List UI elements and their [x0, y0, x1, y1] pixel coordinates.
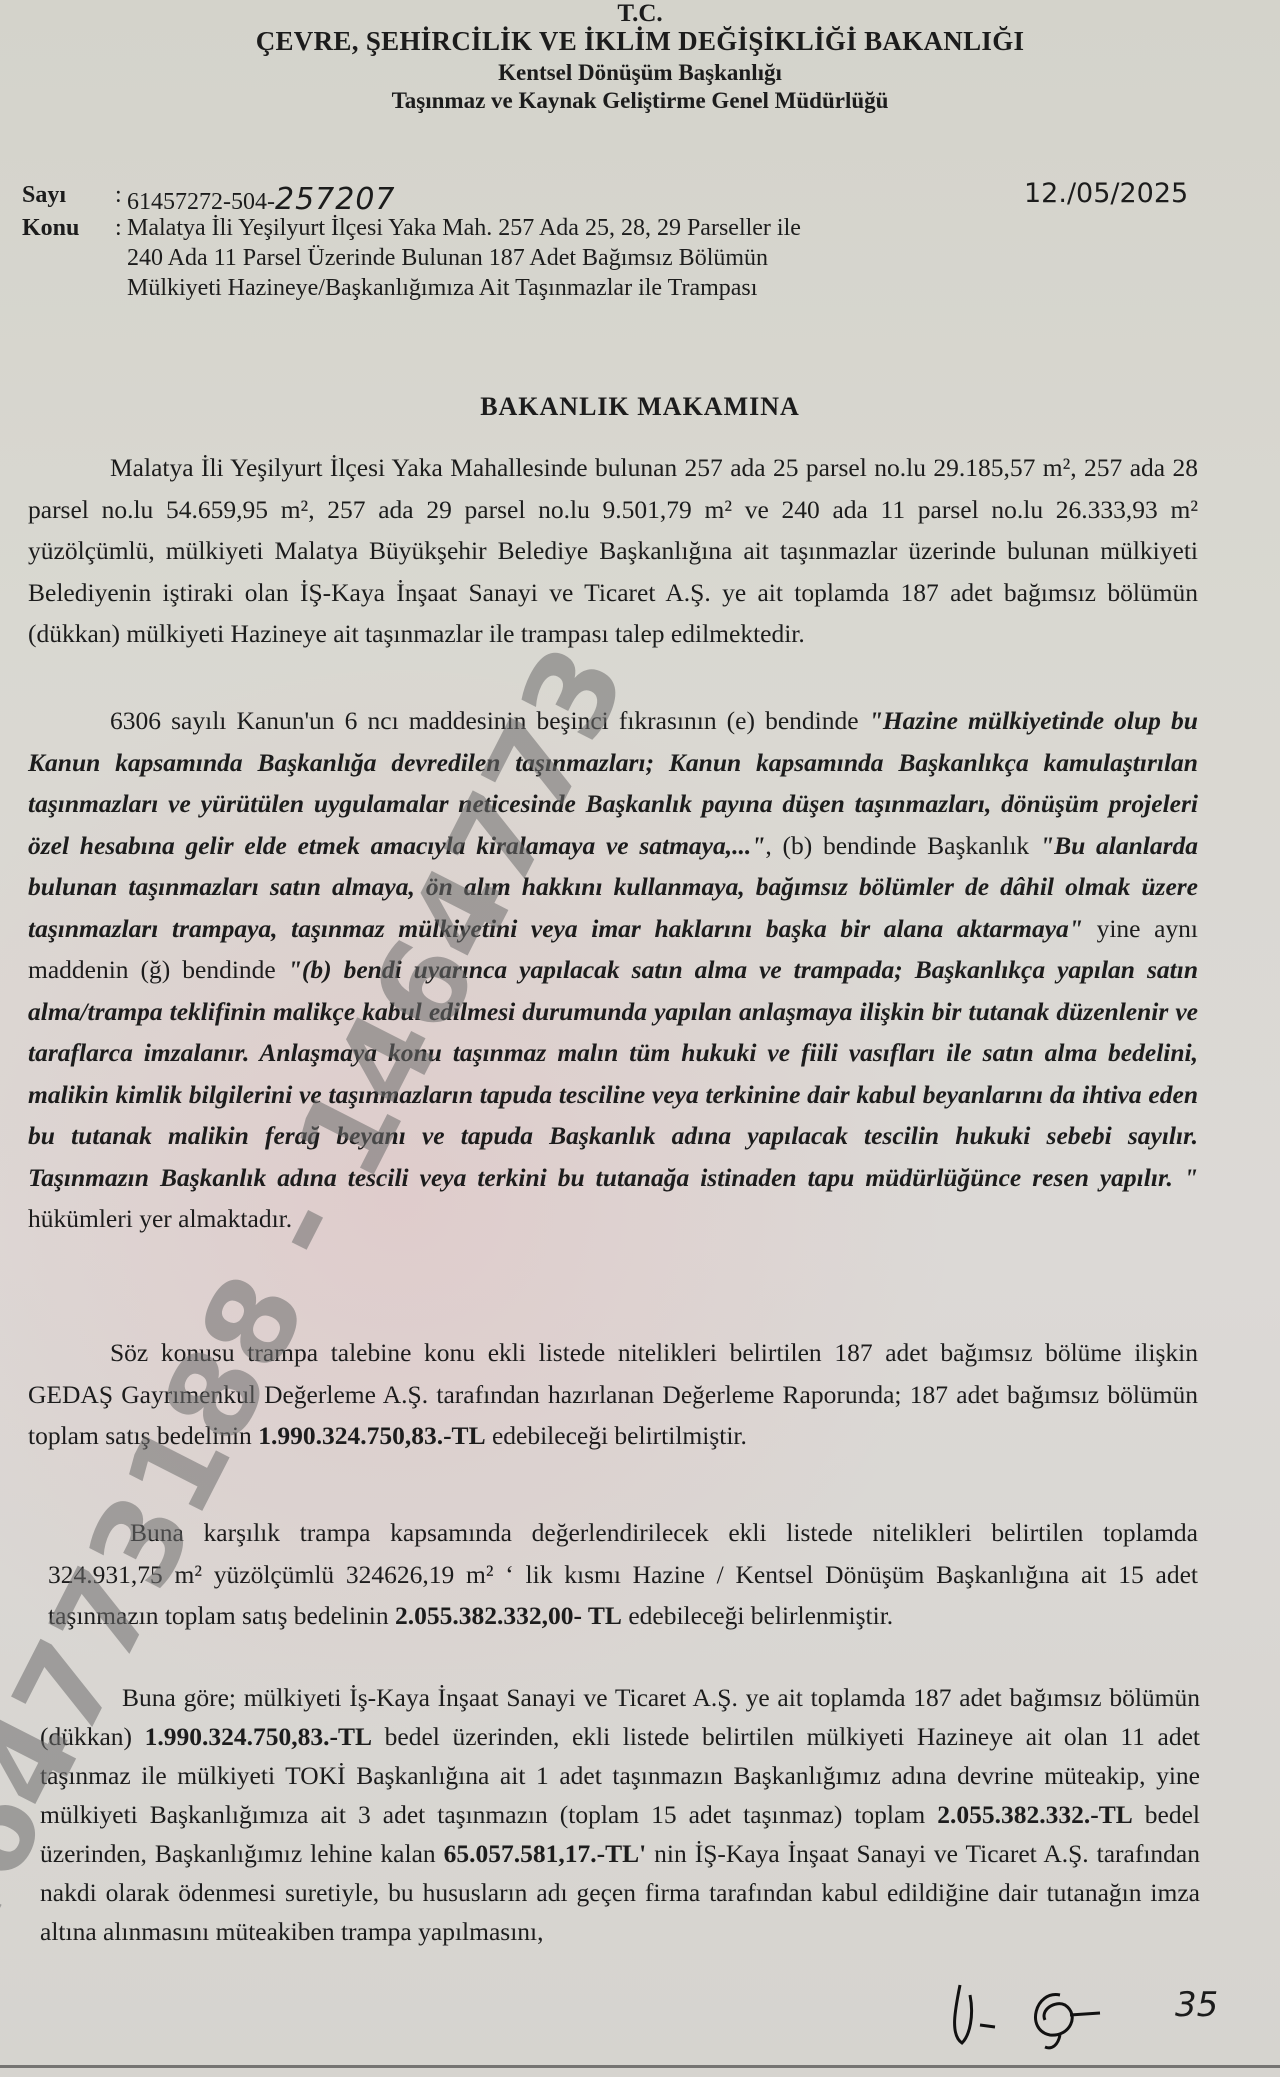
text: edebileceği belirtilmiştir.: [486, 1421, 747, 1450]
page-edge: [0, 2065, 1280, 2068]
text: hükümleri yer almaktadır.: [28, 1204, 292, 1233]
sayi-handwritten: 257207: [275, 182, 396, 217]
konu-line-2: 240 Ada 11 Parsel Üzerinde Bulunan 187 A…: [127, 245, 768, 272]
amount-exchange: 2.055.382.332,00- TL: [395, 1601, 622, 1630]
paragraph-1: Malatya İli Yeşilyurt İlçesi Yaka Mahall…: [28, 447, 1198, 655]
konu-label: Konu: [22, 215, 79, 242]
konu-line-3: Mülkiyeti Hazineye/Başkanlığımıza Ait Ta…: [127, 275, 757, 302]
addressee-heading: BAKANLIK MAKAMINA: [0, 392, 1280, 422]
konu-line-1: Malatya İli Yeşilyurt İlçesi Yaka Mah. 2…: [127, 215, 801, 242]
paragraph-2: 6306 sayılı Kanun'un 6 ncı maddesinin be…: [28, 700, 1198, 1240]
header-presidency: Kentsel Dönüşüm Başkanlığı: [0, 60, 1280, 86]
paragraph-5: Buna göre; mülkiyeti İş-Kaya İnşaat Sana…: [40, 1678, 1200, 1951]
header-ministry: ÇEVRE, ŞEHİRCİLİK VE İKLİM DEĞİŞİKLİĞİ B…: [0, 26, 1280, 57]
colon: :: [115, 215, 122, 242]
text: edebileceği belirlenmiştir.: [622, 1601, 893, 1630]
amount-valuation: 1.990.324.750,83.-TL: [258, 1421, 485, 1450]
sayi-value: 61457272-504-257207: [127, 182, 396, 217]
header-country: T.C.: [0, 0, 1280, 28]
law-quote-g: "(b) bendi uyarınca yapılacak satın alma…: [28, 955, 1198, 1192]
sayi-label: Sayı: [22, 182, 66, 209]
header-directorate: Taşınmaz ve Kaynak Geliştirme Genel Müdü…: [0, 88, 1280, 114]
document-date: 12./05/2025: [1024, 178, 1188, 209]
paragraph-4: Buna karşılık trampa kapsamında değerlen…: [48, 1512, 1198, 1637]
text: 6306 sayılı Kanun'un 6 ncı maddesinin be…: [110, 706, 869, 735]
colon: :: [115, 182, 122, 209]
amount-3: 65.057.581,17.-TL': [444, 1839, 647, 1868]
amount-1: 1.990.324.750,83.-TL: [145, 1722, 372, 1751]
paragraph-1-text: Malatya İli Yeşilyurt İlçesi Yaka Mahall…: [28, 453, 1198, 648]
initials: 35: [1175, 1985, 1218, 2025]
amount-2: 2.055.382.332.-TL: [937, 1800, 1133, 1829]
paragraph-3: Söz konusu trampa talebine konu ekli lis…: [28, 1332, 1198, 1457]
text: , (b) bendinde Başkanlık: [765, 831, 1040, 860]
sayi-printed: 61457272-504-: [127, 189, 275, 215]
